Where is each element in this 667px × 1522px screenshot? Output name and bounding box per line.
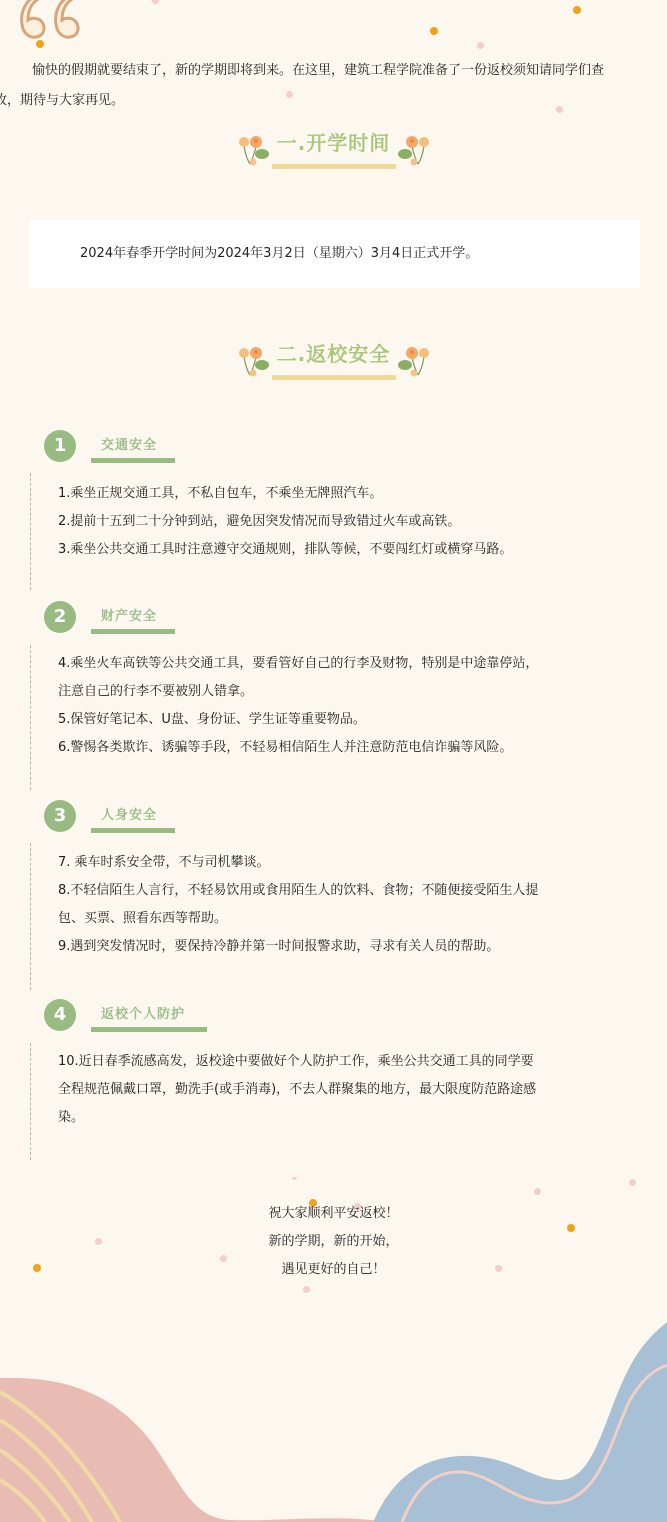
footer-wave-decoration [0,1320,667,1522]
subsection-items-property: 4.乘坐火车高铁等公共交通工具，要看管好自己的行李及财物，特别是中途靠停站， 注… [58,650,638,762]
flower-icon [236,343,276,379]
decor-dot [629,1179,636,1186]
number-badge: 4 [44,999,76,1031]
list-item: 1.乘坐正规交通工具，不私自包车，不乘坐无牌照汽车。 [58,480,638,508]
list-item: 染。 [58,1104,638,1132]
decor-dot [430,27,438,35]
list-item: 9.遇到突发情况时，要保持冷静并第一时间报警求助，寻求有关人员的帮助。 [58,933,638,961]
dashed-divider [30,473,31,590]
quote-mark-icon [12,0,92,48]
number-badge: 1 [44,430,76,462]
flower-icon [392,343,432,379]
decor-dot [573,6,581,14]
intro-line: 收，期待与大家再见。 [0,86,667,116]
section-title-text: 二.返校安全 [276,339,392,369]
section-title-text: 一.开学时间 [276,128,392,158]
flower-icon [392,132,432,168]
dashed-divider [30,1043,31,1160]
closing-line: 新的学期，新的开始， [0,1228,667,1256]
subsection-underline [91,1027,207,1032]
section-title-start-time: 一.开学时间 [0,128,667,178]
subsection-items-personal: 7. 乘车时系安全带，不与司机攀谈。 8.不轻信陌生人言行，不轻易饮用或食用陌生… [58,849,638,961]
decor-dot [292,1177,297,1180]
list-item: 7. 乘车时系安全带，不与司机攀谈。 [58,849,638,877]
list-item: 8.不轻信陌生人言行，不轻易饮用或食用陌生人的饮料、食物；不随便接受陌生人提 [58,877,638,905]
list-item: 注意自己的行李不要被别人错拿。 [58,678,638,706]
flower-icon [236,132,276,168]
list-item: 2.提前十五到二十分钟到站，避免因突发情况而导致错过火车或高铁。 [58,508,638,536]
list-item: 全程规范佩戴口罩，勤洗手(或手消毒)，不去人群聚集的地方，最大限度防范路途感 [58,1076,638,1104]
intro-paragraph: 愉快的假期就要结束了，新的学期即将到来。在这里，建筑工程学院准备了一份返校须知请… [0,56,667,116]
list-item: 5.保管好笔记本、U盘、身份证、学生证等重要物品。 [58,706,638,734]
title-underline [272,375,396,380]
dashed-divider [30,843,31,990]
list-item: 4.乘坐火车高铁等公共交通工具，要看管好自己的行李及财物，特别是中途靠停站， [58,650,638,678]
subsection-label: 人身安全 [101,804,157,823]
list-item: 包、买票、照看东西等帮助。 [58,905,638,933]
dashed-divider [30,645,31,790]
subsection-underline [91,828,175,833]
subsection-underline [91,629,175,634]
number-badge: 3 [44,800,76,832]
list-item: 6.警惕各类欺诈、诱骗等手段，不轻易相信陌生人并注意防范电信诈骗等风险。 [58,734,638,762]
closing-line: 遇见更好的自己！ [0,1256,667,1284]
number-badge: 2 [44,601,76,633]
subsection-label: 交通安全 [101,434,157,453]
subsection-items-protection: 10.近日春季流感高发，返校途中要做好个人防护工作，乘坐公共交通工具的同学要 全… [58,1048,638,1132]
intro-line: 愉快的假期就要结束了，新的学期即将到来。在这里，建筑工程学院准备了一份返校须知请… [0,56,667,86]
section-title-return-safety: 二.返校安全 [0,339,667,389]
closing-message: 祝大家顺利平安返校！ 新的学期，新的开始， 遇见更好的自己！ [0,1200,667,1284]
title-underline [272,164,396,169]
start-time-text: 2024年春季开学时间为2024年3月2日（星期六）3月4日正式开学。 [80,246,478,261]
subsection-items-traffic: 1.乘坐正规交通工具，不私自包车，不乘坐无牌照汽车。 2.提前十五到二十分钟到站… [58,480,638,564]
list-item: 10.近日春季流感高发，返校途中要做好个人防护工作，乘坐公共交通工具的同学要 [58,1048,638,1076]
closing-line: 祝大家顺利平安返校！ [0,1200,667,1228]
decor-dot [303,1286,310,1293]
decor-dot [152,0,159,4]
subsection-underline [91,458,175,463]
decor-dot [477,42,484,49]
subsection-label: 返校个人防护 [101,1003,185,1022]
start-time-box: 2024年春季开学时间为2024年3月2日（星期六）3月4日正式开学。 [30,220,640,288]
subsection-label: 财产安全 [101,605,157,624]
list-item: 3.乘坐公共交通工具时注意遵守交通规则，排队等候，不要闯红灯或横穿马路。 [58,536,638,564]
decor-dot [534,1188,541,1195]
